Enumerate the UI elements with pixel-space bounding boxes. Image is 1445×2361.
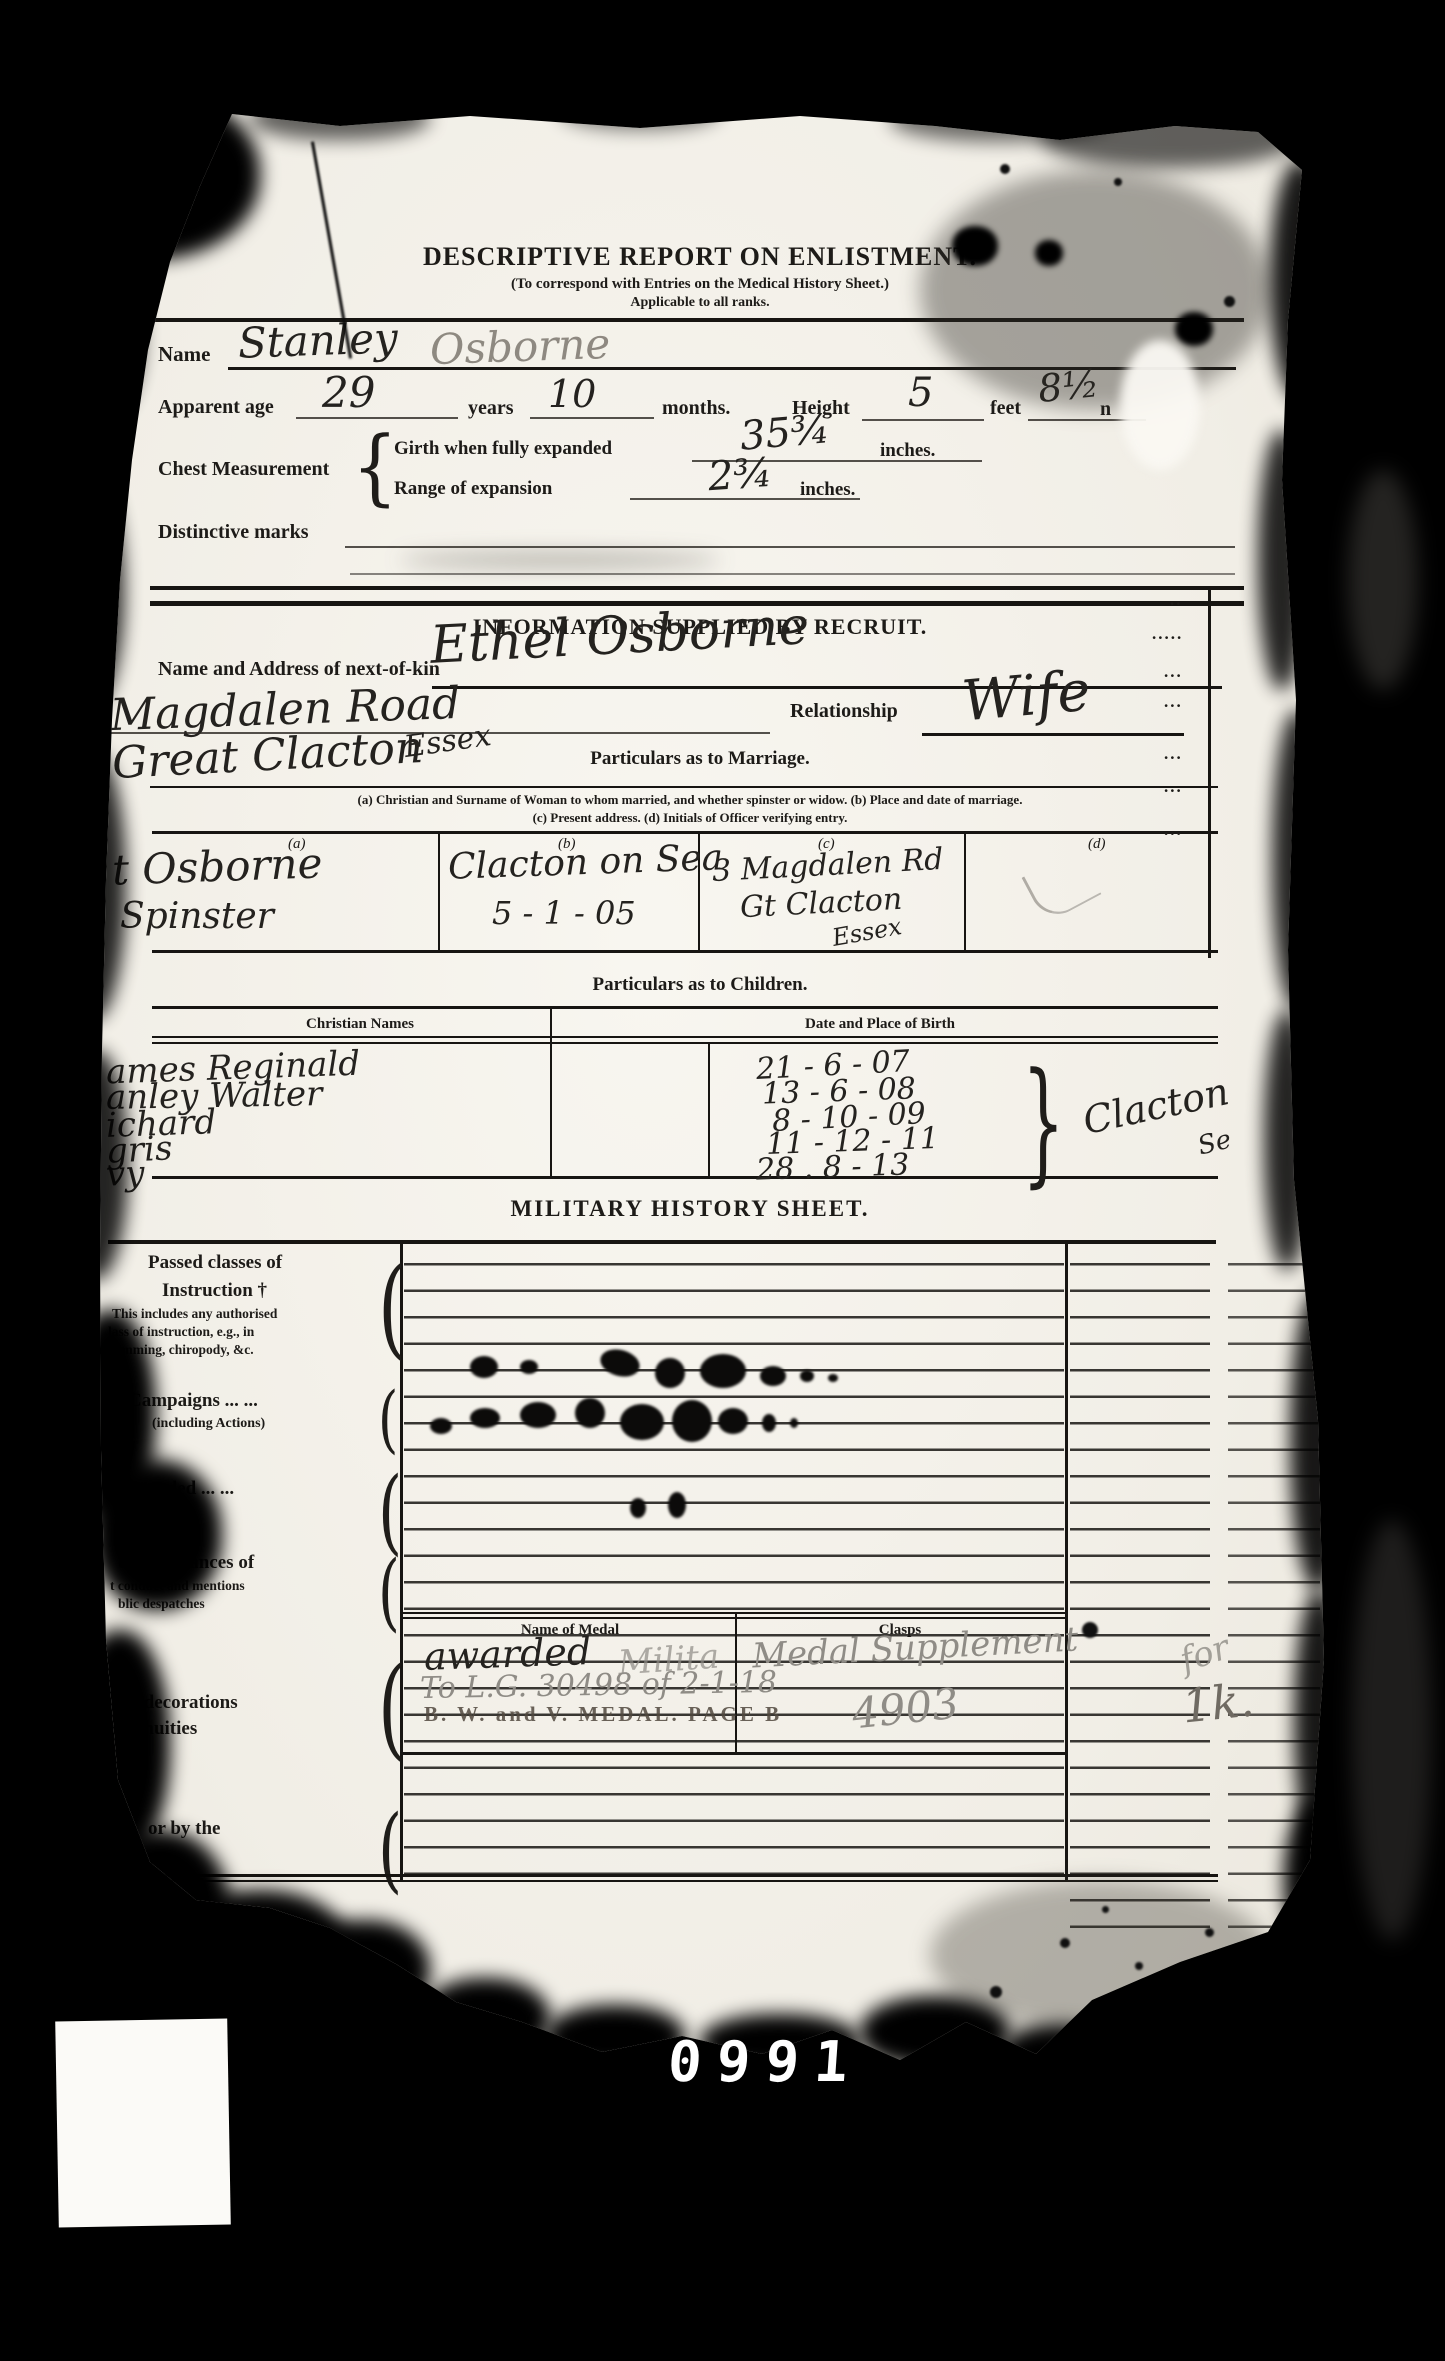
- chest-measurement-label: Chest Measurement: [158, 458, 329, 481]
- name-value-last: Osborne: [429, 319, 611, 374]
- white-card: [55, 2019, 231, 2228]
- rule: [922, 733, 1184, 736]
- margin-line: [1208, 588, 1211, 958]
- children-names-header: Christian Names: [200, 1016, 520, 1033]
- ruled-lines: [404, 1240, 1064, 1876]
- rule: [345, 546, 1235, 548]
- margin-dots: ...: [1164, 777, 1183, 797]
- medal-stamp: B. W. and V. MEDAL. PAGE B: [424, 1702, 782, 1727]
- table-divider: [550, 1006, 552, 1178]
- marriage-note-2: (c) Present address. (d) Initials of Off…: [160, 810, 1220, 826]
- children-birth-header: Date and Place of Birth: [700, 1016, 1060, 1033]
- table-divider: [438, 831, 440, 951]
- relationship-label: Relationship: [790, 700, 898, 723]
- margin-dots: ..: [1170, 590, 1183, 610]
- expansion-value: 2¾: [706, 450, 773, 500]
- rule: [350, 573, 1235, 575]
- nok-label: Name and Address of next-of-kin: [158, 658, 440, 681]
- rule: [400, 1752, 1068, 1755]
- marriage-wife-status: Spinster: [120, 896, 274, 937]
- rule: [152, 831, 1218, 834]
- margin-dots: ...: [1164, 820, 1183, 840]
- rule: [150, 1874, 1218, 1877]
- expansion-units-label: inches.: [800, 479, 855, 501]
- row-brace: [378, 1378, 398, 1462]
- rule: [530, 417, 654, 419]
- paper-sheet: DESCRIPTIVE REPORT ON ENLISTMENT. (To co…: [0, 0, 1445, 2361]
- row-brace: [378, 1544, 400, 1642]
- height-feet-value: 5: [908, 370, 933, 416]
- girth-units-label: inches.: [880, 440, 935, 462]
- stain: [400, 552, 720, 568]
- rule: [432, 686, 1222, 689]
- margin-dots: .....: [1152, 624, 1183, 644]
- apparent-age-months-value: 10: [548, 372, 596, 416]
- edge-fragment: [1352, 1520, 1432, 1940]
- marriage-note-1: (a) Christian and Surname of Woman to wh…: [160, 792, 1220, 808]
- rule: [152, 1042, 1218, 1044]
- relationship-value: Wife: [959, 659, 1093, 735]
- row-brace: [378, 1794, 402, 1904]
- children-section-title: Particulars as to Children.: [300, 974, 1100, 996]
- gazette-entry: To L.G. 30498 of 2-1-18: [420, 1665, 778, 1706]
- marriage-section-title: Particulars as to Marriage.: [300, 748, 1100, 770]
- apparent-age-years-value: 29: [322, 368, 375, 417]
- chest-brace: [352, 418, 398, 515]
- table-divider: [964, 831, 966, 951]
- margin-dots: ...: [1164, 692, 1183, 712]
- rule: [400, 1612, 1068, 1614]
- rule: [150, 586, 1244, 590]
- instruction-label: Instruction †: [162, 1280, 267, 1302]
- rule: [862, 419, 984, 421]
- child-birthdate: 28 . 8 - 13: [755, 1147, 909, 1187]
- marriage-address-1: 3 Magdalen Rd: [711, 842, 944, 889]
- row-brace: [378, 1244, 406, 1370]
- margin-dots: ...: [1164, 744, 1183, 764]
- children-birthplace-2: Se: [1195, 1124, 1234, 1161]
- years-label: years: [468, 397, 514, 420]
- ink-blot: [1082, 1622, 1098, 1638]
- margin-dots: ...: [1164, 662, 1183, 682]
- ruled-lines: [1070, 1240, 1210, 1930]
- months-label: months.: [662, 397, 730, 420]
- nok-name-value: Ethel Osborne: [429, 596, 811, 676]
- scanned-enlistment-form: DESCRIPTIVE REPORT ON ENLISTMENT. (To co…: [0, 0, 1445, 2361]
- edge-fragment: [1348, 470, 1418, 690]
- table-divider: [708, 1042, 710, 1178]
- pencil-mark: [1021, 848, 1101, 923]
- passed-classes-label: Passed classes of: [148, 1252, 282, 1274]
- marriage-date: 5 - 1 - 05: [492, 894, 636, 932]
- rule: [152, 1036, 1218, 1038]
- rule: [150, 786, 1218, 788]
- frame-counter: 0991: [666, 2030, 865, 2095]
- girth-label: Girth when fully expanded: [394, 438, 612, 460]
- table-divider: [1065, 1240, 1068, 1880]
- marriage-place: Clacton on Sea: [447, 837, 723, 888]
- margin-pencil-mark: 1k.: [1179, 1672, 1256, 1733]
- campaigns-sub-label: (including Actions): [152, 1416, 265, 1432]
- name-label: Name: [158, 342, 210, 367]
- marriage-col-d-header: (d): [1088, 836, 1106, 853]
- expansion-label: Range of expansion: [394, 478, 552, 500]
- marriage-wife-name: t Osborne: [111, 838, 323, 894]
- rule: [152, 950, 1218, 953]
- feet-label: feet: [990, 397, 1021, 420]
- instruction-note-1: This includes any authorised: [112, 1306, 277, 1322]
- name-value-first: Stanley: [237, 313, 398, 368]
- children-brace: [1022, 1046, 1065, 1202]
- distinctive-marks-label: Distinctive marks: [158, 521, 309, 544]
- rule: [152, 1006, 1218, 1009]
- apparent-age-label: Apparent age: [158, 396, 274, 419]
- military-section-title: MILITARY HISTORY SHEET.: [290, 1196, 1090, 1222]
- rule: [400, 1617, 1068, 1619]
